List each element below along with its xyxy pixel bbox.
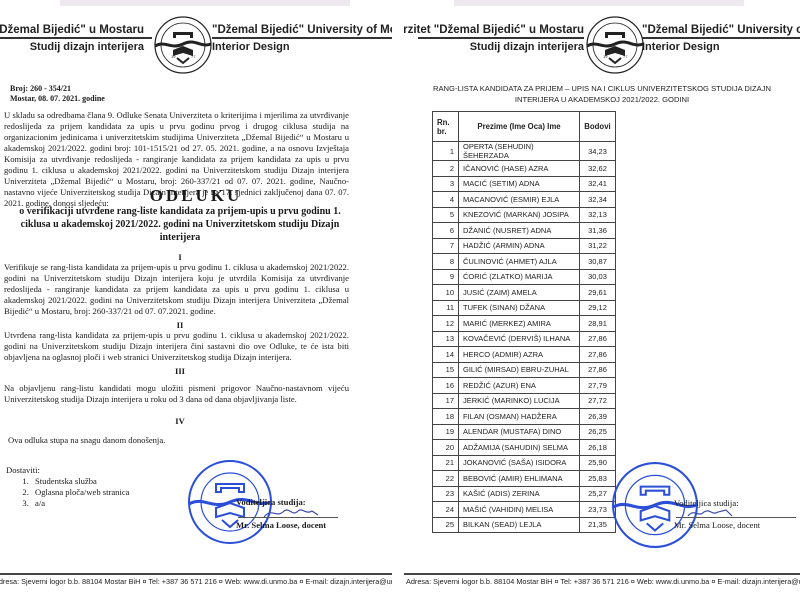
- rank-cell: 12: [433, 316, 459, 332]
- points-cell: 31,22: [580, 238, 616, 254]
- article-text-2: Utvrđena rang-lista kandidata za prijem-…: [4, 330, 349, 363]
- candidate-name-cell: BILKAN (SEAD) LEJLA: [459, 517, 580, 533]
- scan-smudge: [60, 0, 350, 6]
- table-row: 3MACIĆ (SETIM) ADNA32,41: [433, 176, 616, 192]
- ranking-title-line2: INTERIJERA U AKADEMSKOJ 2021/2022. GODIN…: [404, 94, 800, 105]
- points-cell: 34,23: [580, 142, 616, 161]
- letterhead-rule-left: [0, 37, 152, 39]
- table-row: 1OPERTA (SEHUDIN) ŠEHERZADA34,23: [433, 142, 616, 161]
- candidate-name-cell: ADŽAMIJA (SAHUDIN) SELMA: [459, 440, 580, 456]
- table-row: 17JERKIĆ (MARINKO) LUCIJA27,72: [433, 393, 616, 409]
- points-cell: 32,34: [580, 192, 616, 208]
- rank-cell: 10: [433, 285, 459, 301]
- signature-line: [676, 517, 796, 518]
- candidate-name-cell: HERCO (ADMIR) AZRA: [459, 347, 580, 363]
- table-row: 18FILAN (OSMAN) HADŽERA26,39: [433, 409, 616, 425]
- university-seal-icon: 19 77: [153, 14, 213, 76]
- rank-cell: 13: [433, 331, 459, 347]
- points-cell: 32,62: [580, 161, 616, 177]
- table-row: 8ČULINOVIĆ (AHMET) AJLA30,87: [433, 254, 616, 270]
- university-name-local: Univerzitet "Džemal Bijedić" u Mostaru: [404, 24, 584, 36]
- rank-cell: 4: [433, 192, 459, 208]
- candidate-name-cell: DŽANIĆ (NUSRET) ADNA: [459, 223, 580, 239]
- points-cell: 29,61: [580, 285, 616, 301]
- rank-cell: 15: [433, 362, 459, 378]
- article-numeral-2: II: [0, 320, 360, 330]
- points-cell: 30,87: [580, 254, 616, 270]
- rank-cell: 17: [433, 393, 459, 409]
- candidate-name-cell: ČULINOVIĆ (AHMET) AJLA: [459, 254, 580, 270]
- ranking-table: Rn. br. Prezime (Ime Oca) Ime Bodovi 1OP…: [432, 111, 616, 533]
- column-header-name: Prezime (Ime Oca) Ime: [459, 112, 580, 142]
- candidate-name-cell: JUSIĆ (ZAIM) AMELA: [459, 285, 580, 301]
- candidate-name-cell: ĆORIĆ (ZLATKO) MARIJA: [459, 269, 580, 285]
- decision-page: Univerzitet "Džemal Bijedić" u Mostaru S…: [0, 0, 392, 600]
- university-name-local: Univerzitet "Džemal Bijedić" u Mostaru: [0, 24, 144, 36]
- table-row: 13KOVAČEVIĆ (DERVIŠ) ILHANA27,86: [433, 331, 616, 347]
- document-number: Broj: 260 - 354/21: [10, 84, 105, 94]
- signature-line: [238, 517, 338, 518]
- letterhead-rule-right: [642, 37, 800, 39]
- footer-rule: [0, 573, 392, 575]
- table-row: 9ĆORIĆ (ZLATKO) MARIJA30,03: [433, 269, 616, 285]
- candidate-name-cell: KAŠIĆ (ADIS) ZERINA: [459, 486, 580, 502]
- table-row: 20ADŽAMIJA (SAHUDIN) SELMA26,18: [433, 440, 616, 456]
- deliver-to-label: Dostaviti:: [6, 465, 130, 476]
- table-row: 12MARIĆ (MERKEZ) AMIRA28,91: [433, 316, 616, 332]
- letterhead-rule-right: [212, 37, 392, 39]
- candidate-name-cell: MACIĆ (SETIM) ADNA: [459, 176, 580, 192]
- letterhead-rule-left: [418, 37, 584, 39]
- table-row: 21JOKANOVIĆ (SAŠA) ISIDORA25,90: [433, 455, 616, 471]
- points-cell: 29,12: [580, 300, 616, 316]
- candidate-name-cell: KNEZOVIĆ (MARKAN) JOSIPA: [459, 207, 580, 223]
- column-header-points: Bodovi: [580, 112, 616, 142]
- points-cell: 27,86: [580, 331, 616, 347]
- university-name-en: "Džemal Bijedić" University of Mostar: [642, 24, 800, 36]
- rank-cell: 24: [433, 502, 459, 518]
- rank-cell: 16: [433, 378, 459, 394]
- table-row: 25BILKAN (SEAD) LEJLA21,35: [433, 517, 616, 533]
- candidate-name-cell: OPERTA (SEHUDIN) ŠEHERZADA: [459, 142, 580, 161]
- footer-rule: [404, 573, 800, 575]
- candidate-name-cell: GILIĆ (MIRSAD) EBRU-ZUHAL: [459, 362, 580, 378]
- candidate-name-cell: REDŽIĆ (AZUR) ENA: [459, 378, 580, 394]
- candidate-name-cell: BEBOVIĆ (AMIR) EHLIMANA: [459, 471, 580, 487]
- signer-name: Mr. Selma Loose, docent: [674, 520, 760, 530]
- decision-subtitle: o verifikaciji utvrđene rang-liste kandi…: [15, 205, 345, 244]
- study-name-local: Studij dizajn interijera: [30, 41, 144, 53]
- points-cell: 27,72: [580, 393, 616, 409]
- article-numeral-4: IV: [0, 416, 360, 426]
- svg-text:77: 77: [191, 54, 196, 59]
- deliver-to-item: Studentska služba: [31, 476, 130, 487]
- candidate-name-cell: MARIĆ (MERKEZ) AMIRA: [459, 316, 580, 332]
- article-numeral-3: III: [0, 366, 360, 376]
- ranking-table-header: Rn. br. Prezime (Ime Oca) Ime Bodovi: [433, 112, 616, 142]
- rank-cell: 9: [433, 269, 459, 285]
- study-name-en: Interior Design: [212, 41, 290, 53]
- article-text-1: Verifikuje se rang-lista kandidata za pr…: [4, 262, 349, 317]
- page-gutter: [392, 0, 404, 600]
- table-row: 5KNEZOVIĆ (MARKAN) JOSIPA32,13: [433, 207, 616, 223]
- rank-cell: 11: [433, 300, 459, 316]
- signature-icon: [262, 505, 322, 521]
- points-cell: 26,18: [580, 440, 616, 456]
- study-name-local: Studij dizajn interijera: [470, 41, 584, 53]
- table-row: 2IČANOVIĆ (HASE) AZRA32,62: [433, 161, 616, 177]
- ranking-title: RANG-LISTA KANDIDATA ZA PRIJEM – UPIS NA…: [404, 83, 800, 105]
- table-row: 22BEBOVIĆ (AMIR) EHLIMANA25,83: [433, 471, 616, 487]
- table-row: 24MAŠIĆ (VAHIDIN) MELISA23,73: [433, 502, 616, 518]
- points-cell: 26,39: [580, 409, 616, 425]
- rank-cell: 8: [433, 254, 459, 270]
- table-row: 7HADŽIĆ (ARMIN) ADNA31,22: [433, 238, 616, 254]
- candidate-name-cell: HADŽIĆ (ARMIN) ADNA: [459, 238, 580, 254]
- candidate-name-cell: IČANOVIĆ (HASE) AZRA: [459, 161, 580, 177]
- rank-cell: 25: [433, 517, 459, 533]
- svg-text:77: 77: [623, 54, 628, 59]
- points-cell: 32,13: [580, 207, 616, 223]
- candidate-name-cell: TUFEK (SINAN) DŽANA: [459, 300, 580, 316]
- footer-contact: Adresa: Sjeverni logor b.b. 88104 Mostar…: [406, 577, 800, 586]
- university-seal-icon: 19 77: [585, 14, 645, 76]
- rank-cell: 1: [433, 142, 459, 161]
- rank-cell: 3: [433, 176, 459, 192]
- candidate-name-cell: KOVAČEVIĆ (DERVIŠ) ILHANA: [459, 331, 580, 347]
- table-row: 23KAŠIĆ (ADIS) ZERINA25,27: [433, 486, 616, 502]
- rank-cell: 20: [433, 440, 459, 456]
- points-cell: 27,86: [580, 362, 616, 378]
- candidate-name-cell: FILAN (OSMAN) HADŽERA: [459, 409, 580, 425]
- table-row: 15GILIĆ (MIRSAD) EBRU-ZUHAL27,86: [433, 362, 616, 378]
- table-row: 10JUSIĆ (ZAIM) AMELA29,61: [433, 285, 616, 301]
- points-cell: 30,03: [580, 269, 616, 285]
- deliver-to: Dostaviti: Studentska služba Oglasna plo…: [6, 465, 130, 509]
- article-text-4: Ova odluka stupa na snagu danom donošenj…: [8, 435, 353, 446]
- table-row: 11TUFEK (SINAN) DŽANA29,12: [433, 300, 616, 316]
- document-meta: Broj: 260 - 354/21 Mostar, 08. 07. 2021.…: [10, 84, 105, 104]
- candidate-name-cell: JERKIĆ (MARINKO) LUCIJA: [459, 393, 580, 409]
- article-numeral-1: I: [0, 252, 360, 262]
- svg-text:19: 19: [171, 54, 176, 59]
- deliver-to-item: Oglasna ploča/web stranica: [31, 487, 130, 498]
- ranking-title-line1: RANG-LISTA KANDIDATA ZA PRIJEM – UPIS NA…: [404, 83, 800, 94]
- table-row: 6DŽANIĆ (NUSRET) ADNA31,36: [433, 223, 616, 239]
- candidate-name-cell: ALENDAR (MUSTAFA) DINO: [459, 424, 580, 440]
- footer-contact: Adresa: Sjeverni logor b.b. 88104 Mostar…: [0, 577, 392, 586]
- table-row: 4MACANOVIĆ (ESMIR) EJLA32,34: [433, 192, 616, 208]
- table-row: 19ALENDAR (MUSTAFA) DINO26,25: [433, 424, 616, 440]
- rank-cell: 5: [433, 207, 459, 223]
- points-cell: 32,41: [580, 176, 616, 192]
- rank-cell: 21: [433, 455, 459, 471]
- document-place-date: Mostar, 08. 07. 2021. godine: [10, 94, 105, 104]
- deliver-to-item: a/a: [31, 498, 130, 509]
- candidate-name-cell: JOKANOVIĆ (SAŠA) ISIDORA: [459, 455, 580, 471]
- article-text-3: Na objavljenu rang-listu kandidati mogu …: [4, 383, 349, 405]
- rank-cell: 2: [433, 161, 459, 177]
- signer-name: Mr. Selma Loose, docent: [236, 520, 326, 530]
- rank-cell: 22: [433, 471, 459, 487]
- rank-cell: 18: [433, 409, 459, 425]
- rank-cell: 7: [433, 238, 459, 254]
- scan-smudge: [454, 0, 744, 6]
- points-cell: 27,86: [580, 347, 616, 363]
- rank-cell: 19: [433, 424, 459, 440]
- university-name-en: "Džemal Bijedić" University of Mostar: [212, 24, 392, 36]
- points-cell: 28,91: [580, 316, 616, 332]
- points-cell: 27,79: [580, 378, 616, 394]
- table-row: 16REDŽIĆ (AZUR) ENA27,79: [433, 378, 616, 394]
- candidate-name-cell: MACANOVIĆ (ESMIR) EJLA: [459, 192, 580, 208]
- svg-text:19: 19: [603, 54, 608, 59]
- column-header-rank: Rn. br.: [433, 112, 459, 142]
- points-cell: 31,36: [580, 223, 616, 239]
- points-cell: 26,25: [580, 424, 616, 440]
- rank-cell: 6: [433, 223, 459, 239]
- study-name-en: Interior Design: [642, 41, 720, 53]
- table-row: 14HERCO (ADMIR) AZRA27,86: [433, 347, 616, 363]
- decision-title: ODLUKU: [0, 186, 392, 206]
- candidate-name-cell: MAŠIĆ (VAHIDIN) MELISA: [459, 502, 580, 518]
- ranking-page: Univerzitet "Džemal Bijedić" u Mostaru S…: [404, 0, 800, 600]
- rank-cell: 23: [433, 486, 459, 502]
- rank-cell: 14: [433, 347, 459, 363]
